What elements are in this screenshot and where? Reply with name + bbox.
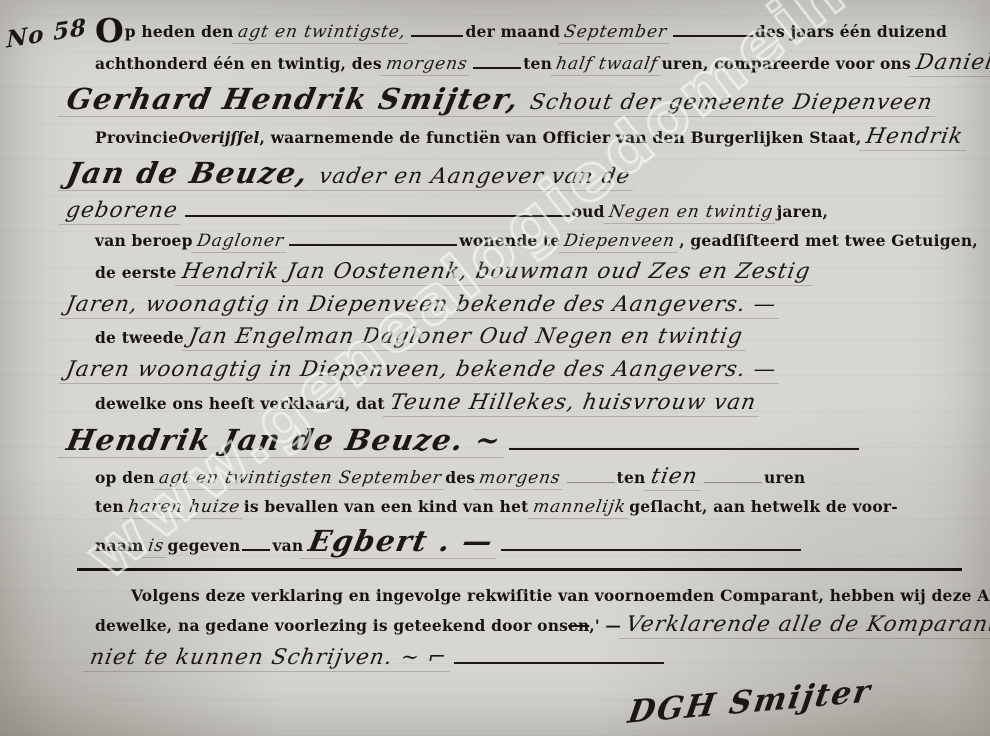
printed-form-text: ten bbox=[95, 498, 124, 516]
printed-form-text: de tweede bbox=[95, 329, 184, 347]
document-line: Gerhard Hendrik Smijter, Schout der geme… bbox=[61, 83, 966, 117]
printed-form-text: der maand bbox=[465, 23, 560, 41]
dropcap-letter: O bbox=[95, 23, 125, 39]
handwritten-text: vader en Aangever van de bbox=[312, 165, 638, 191]
handwritten-text: Teune Hillekes, huisvrouw van bbox=[382, 391, 763, 417]
blank-line-fill bbox=[673, 22, 753, 37]
printed-form-text: uren bbox=[764, 469, 805, 487]
document-line: dewelke ons heeſt verklaard, dat Teune H… bbox=[95, 391, 966, 417]
printed-form-text: de eerste bbox=[95, 264, 177, 282]
handwritten-text: Hendrik Jan Oostenenk, bouwman oud Zes e… bbox=[174, 260, 817, 286]
handwritten-text: morgens bbox=[380, 55, 473, 76]
document-line: Provincie Overijſſel , waarnemende de fu… bbox=[95, 125, 966, 151]
handwritten-text: niet te kunnen Schrijven. ~ ⌐ bbox=[83, 646, 454, 672]
printed-form-text: ten bbox=[617, 469, 646, 487]
handwritten-text: Jaren woonagtig in Diepenveen, bekende d… bbox=[59, 358, 784, 384]
document-line: dewelke, na gedane voorlezing is geteeke… bbox=[95, 613, 966, 639]
blank-line-fill bbox=[454, 649, 664, 664]
document-line: Jaren woonagtig in Diepenveen, bekende d… bbox=[61, 358, 966, 384]
handwritten-text: Jaren, woonagtig in Diepenveen bekende d… bbox=[59, 293, 784, 319]
handwritten-text: September bbox=[558, 23, 672, 44]
printed-form-text: Provincie bbox=[95, 129, 178, 147]
blank-line-fill bbox=[411, 22, 463, 37]
handwritten-text: half twaalf bbox=[550, 55, 663, 76]
printed-form-text: des jaars één duizend bbox=[755, 23, 947, 41]
printed-form-text: op den bbox=[95, 469, 155, 487]
document-line: ten haren huize is bevallen van een kind… bbox=[95, 498, 966, 519]
document-body: Op heden den agt en twintigste, der maan… bbox=[95, 22, 966, 671]
handwritten-text: is bbox=[142, 537, 169, 558]
document-line: Jan de Beuze, vader en Aangever van de bbox=[61, 157, 966, 191]
handwritten-text: tien bbox=[643, 465, 704, 491]
document-line: van beroep Dagloner wonende te Diepenvee… bbox=[95, 231, 966, 253]
handwritten-text: Negen en twintig bbox=[603, 203, 778, 224]
registrar-signature: DGH Smijter bbox=[626, 673, 875, 731]
handwritten-text: mannelijk bbox=[527, 498, 631, 519]
printed-form-text: , geadſiſteerd met twee Getuigen, bbox=[679, 232, 978, 250]
document-line: op den agt en twintigsten September des … bbox=[95, 465, 966, 491]
printed-form-text: geſlacht, aan hetwelk de voor- bbox=[629, 498, 898, 516]
handwritten-text: Daniel bbox=[909, 51, 990, 77]
handwritten-text: haren huize bbox=[122, 498, 245, 519]
handwritten-text: geborene bbox=[59, 199, 185, 225]
printed-form-text: van beroep bbox=[95, 232, 193, 250]
printed-form-text: p heden den bbox=[125, 23, 234, 41]
printed-form-text: ten bbox=[523, 55, 552, 73]
act-number: No 58 bbox=[6, 14, 87, 54]
document-line: de tweede Jan Engelman Dagloner Oud Nege… bbox=[95, 325, 966, 351]
printed-form-text: Overijſſel bbox=[178, 129, 259, 147]
handwritten-text: Jan Engelman Dagloner Oud Negen en twint… bbox=[182, 325, 750, 351]
document-line: Volgens deze verklaring en ingevolge rek… bbox=[95, 587, 966, 605]
printed-form-text: oud bbox=[572, 203, 605, 221]
document-line: geborene oud Negen en twintig jaren, bbox=[61, 199, 966, 225]
printed-form-text: is bevallen van een kind van het bbox=[244, 498, 529, 516]
blank-line-fill bbox=[501, 536, 801, 551]
handwritten-text: Diepenveen bbox=[559, 232, 681, 253]
printed-form-text: , waarnemende de functiën van Officier v… bbox=[259, 129, 861, 147]
handwritten-text: Dagloner bbox=[191, 232, 289, 253]
printed-form-text: achthonderd één en twintig, des bbox=[95, 55, 382, 73]
handwritten-text: Schout der gemeente Diepenveen bbox=[523, 91, 940, 117]
handwritten-text: agt en twintigsten September bbox=[153, 469, 447, 490]
blank-line-fill bbox=[473, 54, 521, 69]
blank-line-fill bbox=[704, 469, 762, 483]
printed-form-text: van bbox=[272, 537, 303, 555]
printed-form-text: naam bbox=[95, 537, 144, 555]
document-line: de eerste Hendrik Jan Oostenenk, bouwman… bbox=[95, 260, 966, 286]
handwritten-text: morgens bbox=[474, 469, 567, 490]
document-line: naam is gegeven van Egbert . — bbox=[95, 525, 966, 559]
handwritten-text: agt en twintigste, bbox=[232, 23, 411, 44]
blank-line-fill bbox=[567, 469, 615, 483]
blank-line-fill bbox=[509, 435, 859, 450]
handwritten-text: Verklarende alle de Komparanten bbox=[619, 613, 990, 639]
separator-rule bbox=[77, 566, 962, 571]
handwritten-text: Gerhard Hendrik Smijter, bbox=[58, 83, 529, 117]
printed-form-text: jaren, bbox=[777, 203, 829, 221]
printed-form-text: en bbox=[568, 617, 589, 635]
document-line: Op heden den agt en twintigste, der maan… bbox=[95, 22, 966, 44]
printed-form-text: Volgens deze verklaring en ingevolge rek… bbox=[113, 587, 990, 605]
printed-form-text: uren, compareerde voor ons bbox=[662, 55, 911, 73]
document-line: achthonderd één en twintig, des morgens … bbox=[95, 51, 966, 77]
blank-line-fill bbox=[242, 536, 270, 551]
handwritten-text: Jan de Beuze, bbox=[58, 157, 318, 191]
document-line: niet te kunnen Schrijven. ~ ⌐ bbox=[85, 646, 966, 672]
document-line: Hendrik Jan de Beuze. ~ bbox=[61, 424, 966, 458]
printed-form-text: wonende te bbox=[459, 232, 560, 250]
document-line: Jaren, woonagtig in Diepenveen bekende d… bbox=[61, 293, 966, 319]
blank-line-fill bbox=[185, 202, 570, 217]
printed-form-text: dewelke, na gedane voorlezing is geteeke… bbox=[95, 617, 568, 635]
handwritten-text: Egbert . — bbox=[300, 525, 503, 559]
birth-certificate-scan: No 58 Op heden den agt en twintigste, de… bbox=[0, 0, 990, 736]
printed-form-text: dewelke ons heeſt verklaard, dat bbox=[95, 395, 385, 413]
handwritten-text: Hendrik bbox=[859, 125, 971, 151]
printed-form-text: gegeven bbox=[168, 537, 241, 555]
printed-form-text: des bbox=[445, 469, 475, 487]
blank-line-fill bbox=[289, 231, 457, 246]
printed-form-text: ,' — bbox=[589, 617, 621, 635]
handwritten-text: Hendrik Jan de Beuze. ~ bbox=[58, 424, 511, 458]
